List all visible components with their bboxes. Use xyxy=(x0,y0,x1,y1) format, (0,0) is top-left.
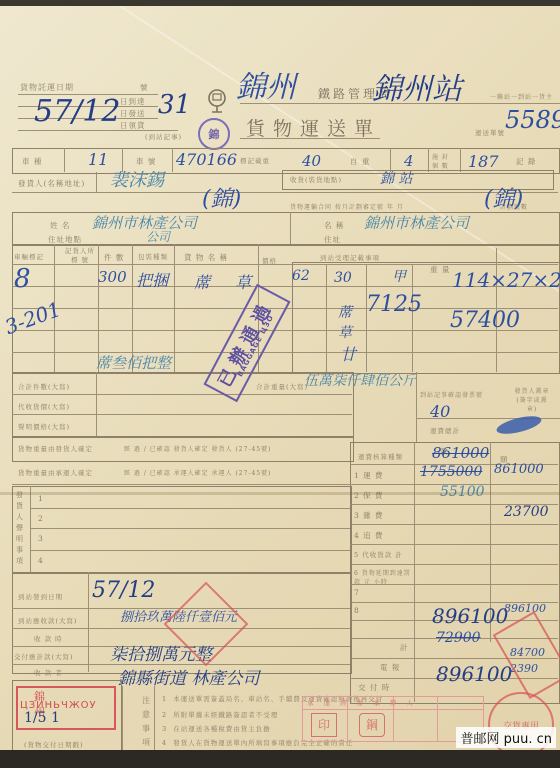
capacity-label: 標記載重 xyxy=(240,156,270,165)
divider xyxy=(172,148,173,172)
delivery-row-5-hand: 錦縣街道 林產公司 xyxy=(118,664,259,689)
statement-line-4: 4 xyxy=(38,556,44,565)
waybill-number: 55893 xyxy=(505,106,560,134)
col-price: 價格 xyxy=(262,256,277,265)
right-consignee-name: 錦州市林產公司 xyxy=(364,212,469,233)
divider xyxy=(350,564,558,565)
cargo-side-note-2: 草 xyxy=(338,322,352,342)
seal-label: 施 封 個 數 xyxy=(432,152,458,170)
car-type-label: 車 種 xyxy=(22,156,42,167)
charge-1-value: 861000 xyxy=(494,462,544,477)
cargo-hand-notes: 蓆叁佰把整 xyxy=(96,352,171,373)
cargo-pieces: 300 xyxy=(98,268,127,286)
delivery-row-2-label: 到站應收款(大寫) xyxy=(18,616,78,625)
shipper-statement-block xyxy=(12,486,352,574)
note-3: 3 在站運送各種稅費由貨主負擔 xyxy=(162,724,271,733)
consignor-name: 裴沫錫 xyxy=(110,166,164,192)
charges-struck-2: 72900 xyxy=(436,630,481,646)
station-mark-right: (錦) xyxy=(484,182,523,213)
divider xyxy=(416,372,417,442)
delivery-row-1-label: 到站發到日期 xyxy=(18,592,63,601)
divider xyxy=(18,130,178,131)
statement-line-3: 3 xyxy=(38,534,44,543)
charges-struck-amount: 861000 xyxy=(432,444,489,462)
stamp-date: 1/5 1 xyxy=(24,710,60,726)
charge-4-label: 4 追 費 xyxy=(354,530,384,541)
cargo-side-note-3: 廿 xyxy=(340,342,356,365)
delivery-time-label: 交 付 時 xyxy=(358,682,390,693)
right-amount-1: 896100 xyxy=(504,602,546,615)
delivery-date-caption: (貨物交付日期戳) xyxy=(24,740,84,749)
divider xyxy=(290,212,291,244)
col-pieces: 件 數 xyxy=(104,252,124,263)
delivery-row-1-hand: 57/12 xyxy=(92,578,155,603)
paper-crease xyxy=(0,492,560,495)
declared-value-label: 聲明價格(大寫) xyxy=(18,422,70,431)
number-label: 號 xyxy=(140,82,149,93)
divider xyxy=(30,486,31,572)
consignee-name-label: 姓 名 xyxy=(50,220,70,231)
arrival-notes-label: (到站記事) xyxy=(145,132,182,141)
divider xyxy=(350,584,558,585)
car-number-value: 470166 xyxy=(176,150,237,169)
consignee-address: 公司 xyxy=(146,228,170,245)
notes-label: 注意事項 xyxy=(142,694,152,750)
charge-5-label: 5 代收貨款 計 xyxy=(354,550,403,559)
charge-3-label: 3 雜 費 xyxy=(354,510,384,521)
divider xyxy=(96,172,97,192)
cargo-goods-name: 蓆 草 xyxy=(194,270,261,293)
divider xyxy=(12,414,352,415)
divider xyxy=(88,572,89,672)
waybill-document: 貨物託運日期 號 日到達 日發送 日領貨 (到站記事) 57/12 31 錦 錦… xyxy=(0,6,560,750)
capacity-value: 40 xyxy=(302,152,321,170)
car-type-value: 11 xyxy=(88,150,108,169)
divider xyxy=(12,484,352,485)
station-mark-left: (錦) xyxy=(202,182,241,213)
delivery-row-5-label: 收 款 者 xyxy=(34,668,63,677)
receiver-value: 錦 站 xyxy=(380,168,412,188)
statement-line-1: 1 xyxy=(38,494,44,503)
charge-7-label: 7 xyxy=(354,588,360,597)
right-name-label: 名 稱 xyxy=(324,220,344,231)
remarks-label: 記 錄 xyxy=(516,156,536,167)
divider xyxy=(30,550,350,551)
title-underline xyxy=(240,138,380,139)
cargo-weight-calc: 114×27×2 xyxy=(452,268,560,292)
delivery-row-4-label: 交付應計款(大寫) xyxy=(14,652,74,661)
divider xyxy=(366,264,367,372)
delivery-total-value: 896100 xyxy=(436,662,512,686)
scan-edge xyxy=(0,750,560,768)
col-packing: 包裝種類 xyxy=(138,252,168,261)
waybill-number-label: 運送單號 xyxy=(475,128,505,137)
charges-total-value: 896100 xyxy=(432,604,508,628)
divider xyxy=(12,394,352,395)
col-goods-name: 貨 物 名 稱 xyxy=(184,252,228,263)
tare-label: 自 重 xyxy=(350,156,370,167)
delivery-row-3-label: 收 款 時 xyxy=(34,634,63,643)
charge-1-label: 1 運 費 xyxy=(354,470,384,481)
station-confirm-label: 到站記事確認發票號 xyxy=(420,390,483,399)
weight-by-carrier-text: 經 過 / 已確認 承運人確定 承運人 (27-45號) xyxy=(124,468,271,477)
cargo-packing: 把捆 xyxy=(136,268,168,291)
divider xyxy=(30,508,350,509)
total-weight-label: 合計重量(大寫) xyxy=(256,382,308,391)
cargo-extra-2: 30 xyxy=(334,270,352,286)
round-station-stamp: 錦 xyxy=(198,118,230,150)
divider xyxy=(460,148,461,172)
handwritten-dest-station: 錦州站 xyxy=(372,64,462,108)
col-car-mark: 車輛標記 xyxy=(14,252,44,261)
divider xyxy=(64,148,65,172)
note-2: 2 所附單據未經鐵路簽認者不受理 xyxy=(162,710,278,719)
form-title: 貨物運送單 xyxy=(246,114,381,141)
watermark: 普邮网 puu. cn xyxy=(456,727,556,748)
divider xyxy=(350,544,558,545)
charges-total-label: 計 xyxy=(400,642,409,653)
divider xyxy=(428,148,429,172)
divider xyxy=(154,686,155,750)
cargo-extra-3: 甲 xyxy=(392,266,406,286)
cargo-side-note-1: 蓆 xyxy=(338,302,352,322)
contract-label: 貨物運輸合同 按月計劃審定號 年 月 xyxy=(290,202,404,211)
station-date-stamp: 錦 州 ЦЗИНЬЧЖОУ 1/5 1 xyxy=(16,686,116,730)
total-pieces-label: 合計件數(大寫) xyxy=(18,382,70,391)
col-arrival-notes: 到站受理記載事項 xyxy=(320,253,380,262)
ink-scribble xyxy=(495,413,543,438)
ship-date-label: 貨物託運日期 xyxy=(20,82,74,93)
divider xyxy=(12,192,558,193)
copy-note: 一聯站一到站一貨主 xyxy=(490,92,553,101)
signature-header: 承 運 經 辦 承 辦 人 xyxy=(307,698,417,707)
track-number-value: 187 xyxy=(468,152,499,171)
divider xyxy=(412,264,413,372)
divider xyxy=(96,372,97,436)
col-mark-number: 記貨人所 標 號 xyxy=(62,246,98,264)
cargo-note: 7125 xyxy=(366,292,422,317)
freight-sum-label: 運費總計 xyxy=(430,426,460,435)
divider xyxy=(414,442,415,702)
weight-by-shipper-text: 經 過 / 已確認 發貨人確定 發貨人 (27-45號) xyxy=(124,444,271,453)
divider xyxy=(326,264,327,372)
cargo-extra-1: 62 xyxy=(292,268,310,284)
seal-2: 鋼 xyxy=(359,713,385,737)
weight-by-carrier-label: 貨物重量由承運人確定 xyxy=(18,468,93,477)
divider xyxy=(30,528,350,529)
seal-1: 印 xyxy=(311,713,337,737)
handwritten-date: 57/12 xyxy=(34,94,120,129)
receiver-label: 收貨(裝貨地點) xyxy=(290,175,342,184)
shipper-stamp-label: 發貨人蓋章 (簽字或蓋章) xyxy=(512,386,552,413)
consignor-label: 發貨人(名稱地址) xyxy=(18,178,85,189)
handwritten-day: 31 xyxy=(158,90,191,120)
total-weight-hand: 伍萬柒仟肆佰公斤 xyxy=(304,370,416,390)
cod-label: 代收貨價(大寫) xyxy=(18,402,70,411)
cargo-weight-total: 57400 xyxy=(450,308,520,333)
divider xyxy=(122,686,123,750)
railway-emblem-icon xyxy=(206,88,228,114)
divider xyxy=(350,524,558,525)
weight-by-shipper-label: 貨物重量由發貨人確定 xyxy=(18,444,93,453)
statement-line-2: 2 xyxy=(38,514,44,523)
consignee-name: 錦州市林產公司 xyxy=(92,212,197,233)
charge-8-label: 8 xyxy=(354,606,360,615)
charge-1-struck: 1755000 xyxy=(420,464,482,480)
shipper-statement-label: 發貨人聲明事項 xyxy=(16,490,24,567)
cargo-car-mark: 8 xyxy=(14,264,31,294)
charges-heading: 運費核算種類 xyxy=(358,452,403,461)
telegram-label: 電 報 xyxy=(380,662,400,673)
handwritten-origin-station: 錦州 xyxy=(236,62,296,106)
row-line xyxy=(12,352,558,353)
charge-4-value: 23700 xyxy=(504,504,549,520)
